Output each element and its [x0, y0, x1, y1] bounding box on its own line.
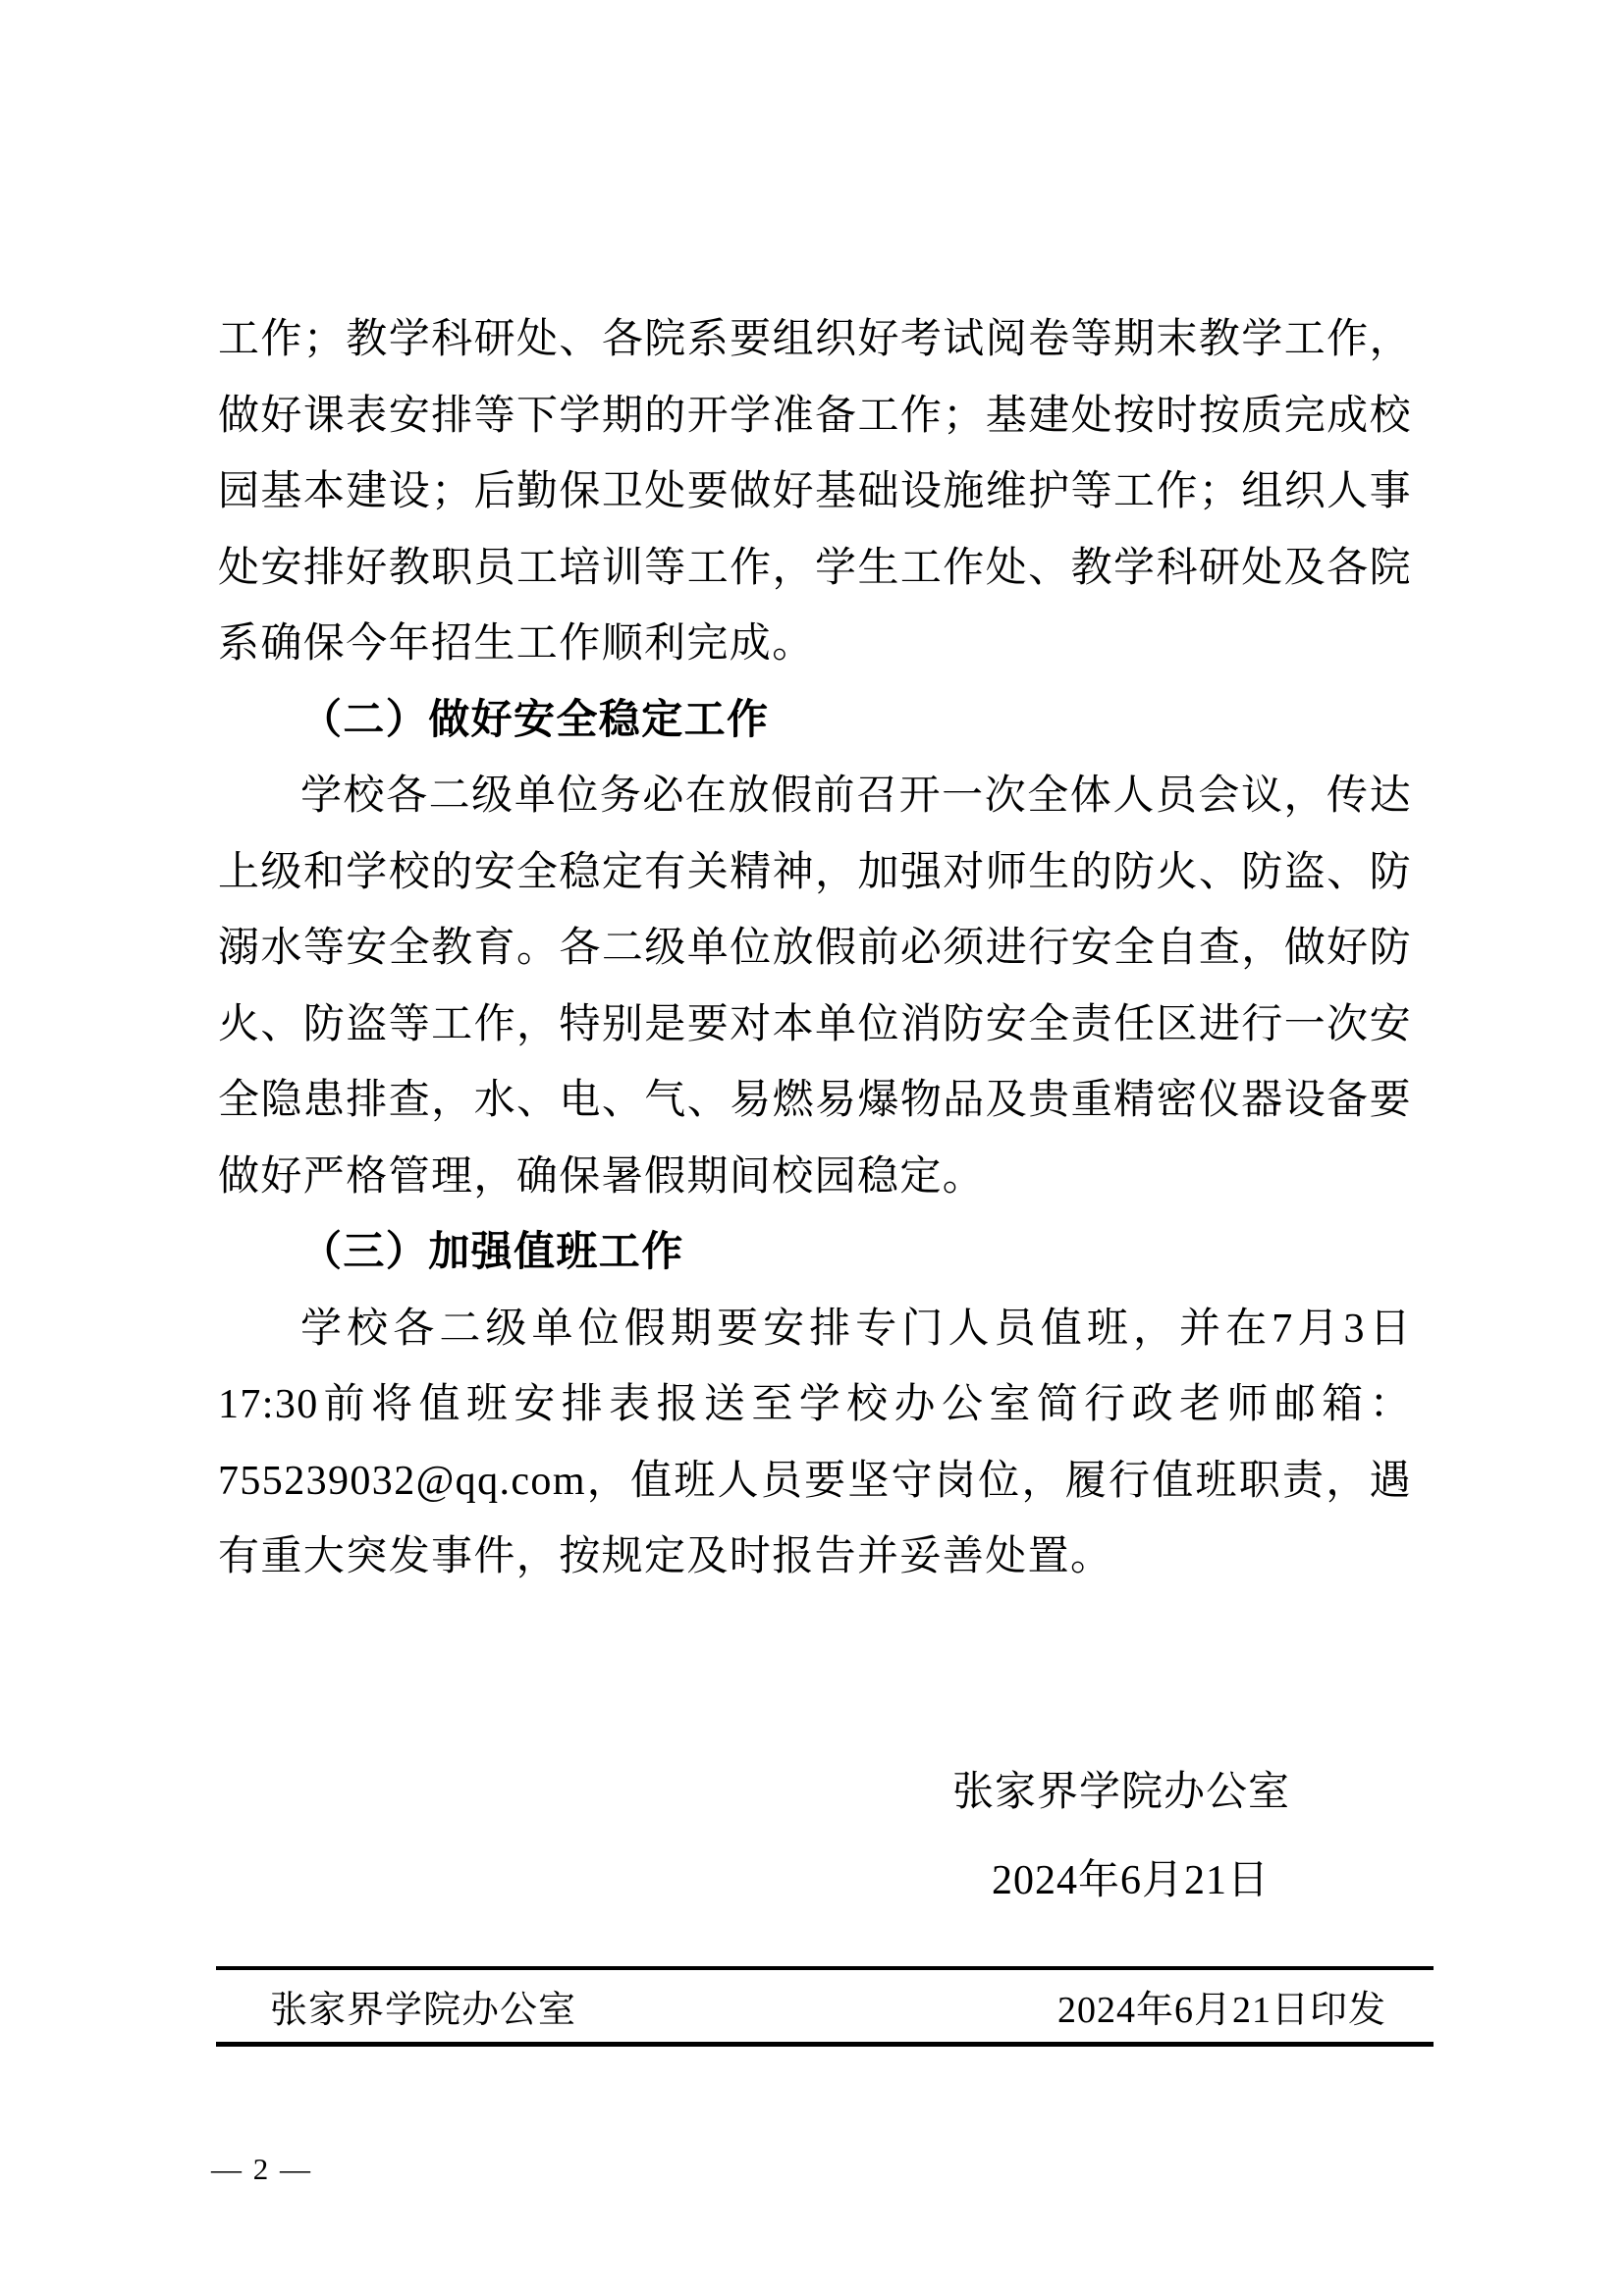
paragraph-safety: 学校各二级单位务必在放假前召开一次全体人员会议，传达上级和学校的安全稳定有关精神…	[218, 759, 1412, 1215]
paragraph-duty: 学校各二级单位假期要安排专门人员值班，并在7月3日17:30前将值班安排表报送至…	[218, 1292, 1412, 1596]
section-heading-two: （二）做好安全稳定工作	[218, 683, 1412, 760]
page-number: — 2 —	[211, 2152, 312, 2187]
signature-date: 2024年6月21日	[992, 1857, 1270, 1904]
signature-office: 张家界学院办公室	[952, 1769, 1290, 1816]
section-heading-three: （三）加强值班工作	[218, 1215, 1412, 1292]
document-page: 工作；教学科研处、各院系要组织好考试阅卷等期末教学工作，做好课表安排等下学期的开…	[0, 0, 1624, 2296]
paragraph-continuation: 工作；教学科研处、各院系要组织好考试阅卷等期末教学工作，做好课表安排等下学期的开…	[218, 302, 1412, 683]
footer-print-date: 2024年6月21日印发	[1057, 1979, 1386, 2033]
footer-issuer-bar: 张家界学院办公室 2024年6月21日印发	[216, 1966, 1434, 2047]
document-body: 工作；教学科研处、各院系要组织好考试阅卷等期末教学工作，做好课表安排等下学期的开…	[218, 302, 1412, 1596]
footer-issuer: 张家界学院办公室	[270, 1979, 576, 2033]
